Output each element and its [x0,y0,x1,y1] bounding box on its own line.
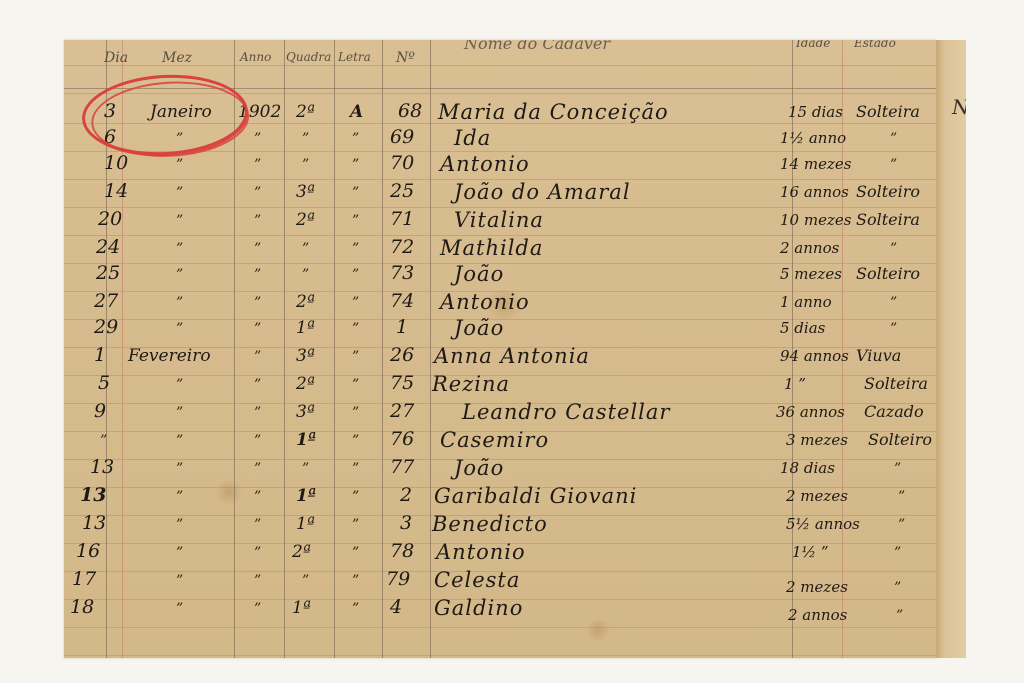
cell-dia: 13 [82,512,106,534]
cell-anno: ” [254,489,261,505]
cell-nome: Ida [454,126,491,150]
cell-anno: ” [254,377,261,393]
cell-letra: ” [352,349,359,365]
cell-nome: João [454,316,504,340]
cell-letra: ” [352,267,359,283]
ledger-row: 20 ” ” 2ª ” 71 Vitalina 10 mezes Solteir… [64,204,936,232]
cell-dia: 13 [80,484,106,506]
cell-idade: 36 annos [776,403,845,421]
cell-estado: ” [894,461,901,477]
cell-mez: ” [176,157,183,173]
cell-idade: 1 ” [784,375,806,393]
cell-anno: ” [254,517,261,533]
cell-anno: ” [254,433,261,449]
cell-numero: 26 [390,344,414,366]
cell-estado: ” [890,295,897,311]
cell-quadra: 1ª [292,598,311,618]
cell-idade: 10 mezes [780,211,851,229]
cell-idade: 16 annos [780,183,849,201]
ledger-row: 1 Fevereiro ” 3ª ” 26 Anna Antonia 94 an… [64,340,936,368]
cell-letra: ” [352,545,359,561]
cell-letra: ” [352,241,359,257]
cell-dia: 27 [94,290,118,312]
cell-mez: ” [176,545,183,561]
cell-quadra: 3ª [296,346,315,366]
cell-numero: 69 [390,126,414,148]
cell-letra: ” [352,213,359,229]
cell-quadra: 3ª [296,402,315,422]
cell-numero: 77 [390,456,414,478]
cell-letra: ” [352,185,359,201]
cell-dia: 5 [98,372,110,394]
cell-mez: ” [176,185,183,201]
cell-quadra: ” [302,461,309,477]
cell-mez: ” [176,461,183,477]
cell-estado: Cazado [864,402,924,421]
cell-nome: Rezina [432,372,510,396]
ledger-row: 9 ” ” 3ª ” 27 Leandro Castellar 36 annos… [64,396,936,424]
cell-quadra: 1ª [296,430,316,450]
cell-estado: ” [890,241,897,257]
cell-numero: 70 [390,152,414,174]
cell-letra: ” [352,295,359,311]
ledger-row: 25 ” ” ” ” 73 João 5 mezes Solteiro [64,258,936,286]
cell-idade: 14 mezes [780,155,851,173]
page-edge-fold: Na [936,40,966,658]
cell-numero: 78 [390,540,414,562]
cell-mez: ” [176,573,183,589]
cell-nome: João [454,456,504,480]
cell-estado: Viuva [856,346,901,365]
cell-idade: 18 dias [780,459,835,477]
cell-estado: Solteira [856,210,920,229]
cell-dia: 14 [104,180,128,202]
cell-nome: Mathilda [440,236,543,260]
cell-nome: Celesta [434,568,520,592]
cell-quadra: ” [302,241,309,257]
cell-letra: ” [352,601,359,617]
cell-numero: 68 [398,100,422,122]
cell-numero: 27 [390,400,414,422]
cell-mez: ” [176,267,183,283]
ledger-row: 14 ” ” 3ª ” 25 João do Amaral 16 annos S… [64,176,936,204]
cell-nome: Casemiro [440,428,549,452]
cell-nome: Benedicto [432,512,548,536]
cell-dia: 24 [96,236,120,258]
cell-letra: ” [352,489,359,505]
cell-mez: ” [176,377,183,393]
cell-numero: 2 [400,484,412,506]
cell-dia: 25 [96,262,120,284]
cell-dia: ” [100,433,107,449]
cell-estado: Solteiro [856,182,920,201]
cell-numero: 1 [396,316,408,338]
cell-anno: ” [254,601,261,617]
cell-letra: ” [352,321,359,337]
cell-numero: 74 [390,290,414,312]
cell-numero: 4 [390,596,402,618]
header-letra: Letra [338,50,371,64]
cell-nome: Leandro Castellar [462,400,670,424]
cell-dia: 20 [98,208,122,230]
cell-idade: 3 mezes [786,431,848,449]
cell-mez: ” [176,295,183,311]
cell-letra: ” [352,157,359,173]
cell-quadra: 1ª [296,514,315,534]
cell-quadra: ” [302,267,309,283]
header-idade: Idade [796,40,830,50]
cell-anno: ” [254,573,261,589]
cell-quadra: 2ª [296,102,315,122]
cell-dia: 13 [90,456,114,478]
cell-anno: ” [254,461,261,477]
cell-estado: Solteira [856,102,920,121]
cell-estado: ” [898,489,905,505]
ledger-row: 24 ” ” ” ” 72 Mathilda 2 annos ” [64,232,936,260]
cell-letra: ” [352,405,359,421]
cell-anno: ” [254,185,261,201]
cell-idade: 5 mezes [780,265,842,283]
ledger-row: 17 ” ” ” ” 79 Celesta 2 mezes ” [64,564,936,592]
cell-nome: Garibaldi Giovani [434,484,637,508]
cell-mez: ” [176,405,183,421]
cell-anno: ” [254,267,261,283]
ledger-row: 13 ” ” 1ª ” 3 Benedicto 5½ annos ” [64,508,936,536]
header-nome: Nome do Cadaver [464,40,610,53]
cell-letra: A [350,102,363,122]
cell-mez: ” [176,213,183,229]
cell-estado: ” [898,517,905,533]
paper-stain [584,620,612,640]
cell-dia: 17 [72,568,96,590]
ledger-row: 29 ” ” 1ª ” 1 João 5 dias ” [64,312,936,340]
ledger-row: 5 ” ” 2ª ” 75 Rezina 1 ” Solteira [64,368,936,396]
header-estado: Estado [854,40,896,50]
cell-idade: 5½ annos [786,515,860,533]
cell-letra: ” [352,517,359,533]
cell-letra: ” [352,461,359,477]
cell-letra: ” [352,573,359,589]
cell-nome: Antonio [440,290,530,314]
cell-numero: 73 [390,262,414,284]
cell-anno: ” [254,213,261,229]
cell-dia: 29 [94,316,118,338]
edge-text: Na [952,95,981,119]
cell-numero: 25 [390,180,414,202]
cell-numero: 75 [390,372,414,394]
cell-idade: 1½ anno [780,129,846,147]
cell-anno: ” [254,349,261,365]
cell-estado: Solteira [864,374,928,393]
ledger-row: 16 ” ” 2ª ” 78 Antonio 1½ ” ” [64,536,936,564]
cell-nome: João [454,262,504,286]
cell-nome: Galdino [434,596,523,620]
cell-numero: 71 [390,208,414,230]
cell-quadra: ” [302,573,309,589]
cell-mez: ” [176,517,183,533]
cell-quadra: 2ª [296,210,315,230]
cell-estado: ” [896,608,903,624]
cell-idade: 15 dias [788,103,843,121]
cell-nome: Vitalina [454,208,544,232]
cell-estado: ” [890,321,897,337]
cell-estado: Solteiro [868,430,932,449]
cell-dia: 16 [76,540,100,562]
cell-dia: 10 [104,152,128,174]
cell-quadra: 2ª [296,292,315,312]
header-anno: Anno [240,50,271,64]
cell-idade: 1½ ” [792,543,829,561]
header-mez: Mez [162,50,192,66]
cell-numero: 79 [386,568,410,590]
cell-nome: Antonio [436,540,526,564]
cell-idade: 5 dias [780,319,825,337]
ledger-row: 27 ” ” 2ª ” 74 Antonio 1 anno ” [64,286,936,314]
cell-idade: 94 annos [780,347,849,365]
cell-quadra: 1ª [296,318,315,338]
cell-anno: ” [254,405,261,421]
header-numero: Nº [396,50,415,66]
cell-numero: 72 [390,236,414,258]
cell-anno: ” [254,241,261,257]
cell-quadra: 1ª [296,486,316,506]
cell-mez: ” [176,321,183,337]
cell-mez: Fevereiro [128,346,211,366]
cell-anno: ” [254,321,261,337]
cell-estado: Solteiro [856,264,920,283]
cell-estado: ” [890,157,897,173]
cell-anno: ” [254,295,261,311]
cell-nome: Maria da Conceição [438,100,669,124]
cell-mez: ” [176,489,183,505]
cell-dia: 18 [70,596,94,618]
cell-anno: ” [254,545,261,561]
cell-dia: 1 [94,344,106,366]
cell-anno: ” [254,131,261,147]
cell-idade: 2 annos [780,239,839,257]
header-quadra: Quadra [286,50,331,64]
ledger-row: 13 ” ” 1ª ” 2 Garibaldi Giovani 2 mezes … [64,480,936,508]
header-dia: Dia [104,50,128,66]
cell-quadra: 2ª [292,542,311,562]
cell-nome: Anna Antonia [434,344,590,368]
cell-anno: ” [254,157,261,173]
cell-numero: 3 [400,512,412,534]
cell-letra: ” [352,433,359,449]
cell-estado: ” [894,545,901,561]
ledger-row: ” ” ” 1ª ” 76 Casemiro 3 mezes Solteiro [64,424,936,452]
cell-mez: ” [176,241,183,257]
cell-idade: 2 annos [788,606,847,624]
ledger-row: 18 ” ” 1ª ” 4 Galdino 2 annos ” [64,592,936,620]
ledger-row: 13 ” ” ” ” 77 João 18 dias ” [64,452,936,480]
cell-idade: 2 mezes [786,487,848,505]
cell-estado: ” [890,131,897,147]
cell-mez: ” [176,601,183,617]
cell-letra: ” [352,131,359,147]
cell-quadra: ” [302,131,309,147]
cell-letra: ” [352,377,359,393]
cell-numero: 76 [390,428,414,450]
cell-quadra: 3ª [296,182,315,202]
cell-nome: João do Amaral [454,180,631,204]
cell-nome: Antonio [440,152,530,176]
cell-idade: 1 anno [780,293,832,311]
cell-quadra: ” [302,157,309,173]
cell-dia: 9 [94,400,106,422]
cell-quadra: 2ª [296,374,315,394]
cell-mez: ” [176,433,183,449]
